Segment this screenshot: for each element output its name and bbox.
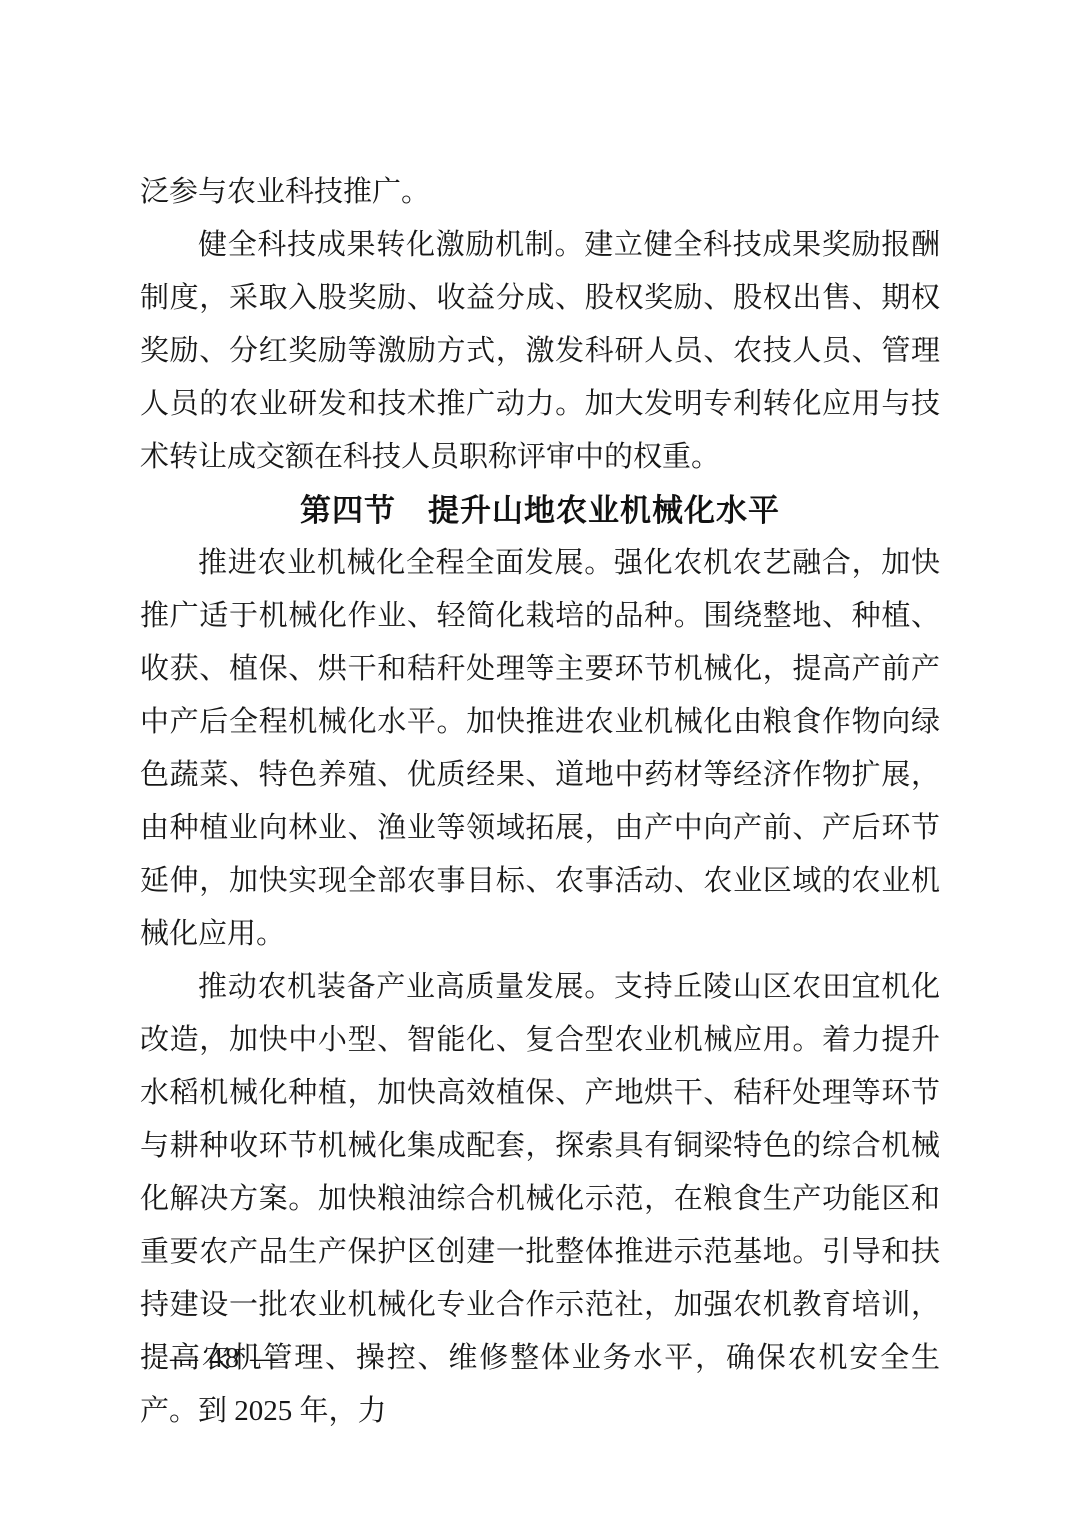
- page-number: — 48 —: [140, 1343, 280, 1374]
- document-page: 泛参与农业科技推广。 健全科技成果转化激励机制。建立健全科技成果奖励报酬制度，采…: [0, 0, 1074, 1520]
- paragraph-continuation: 泛参与农业科技推广。: [140, 166, 940, 219]
- section-heading: 第四节 提升山地农业机械化水平: [140, 484, 940, 537]
- page-content: 泛参与农业科技推广。 健全科技成果转化激励机制。建立健全科技成果奖励报酬制度，采…: [140, 166, 940, 1438]
- paragraph-mechanization-development: 推进农业机械化全程全面发展。强化农机农艺融合，加快推广适于机械化作业、轻简化栽培…: [140, 537, 940, 961]
- paragraph-incentive-mechanism: 健全科技成果转化激励机制。建立健全科技成果奖励报酬制度，采取入股奖励、收益分成、…: [140, 219, 940, 484]
- page-footer: — 48 —: [140, 1338, 940, 1380]
